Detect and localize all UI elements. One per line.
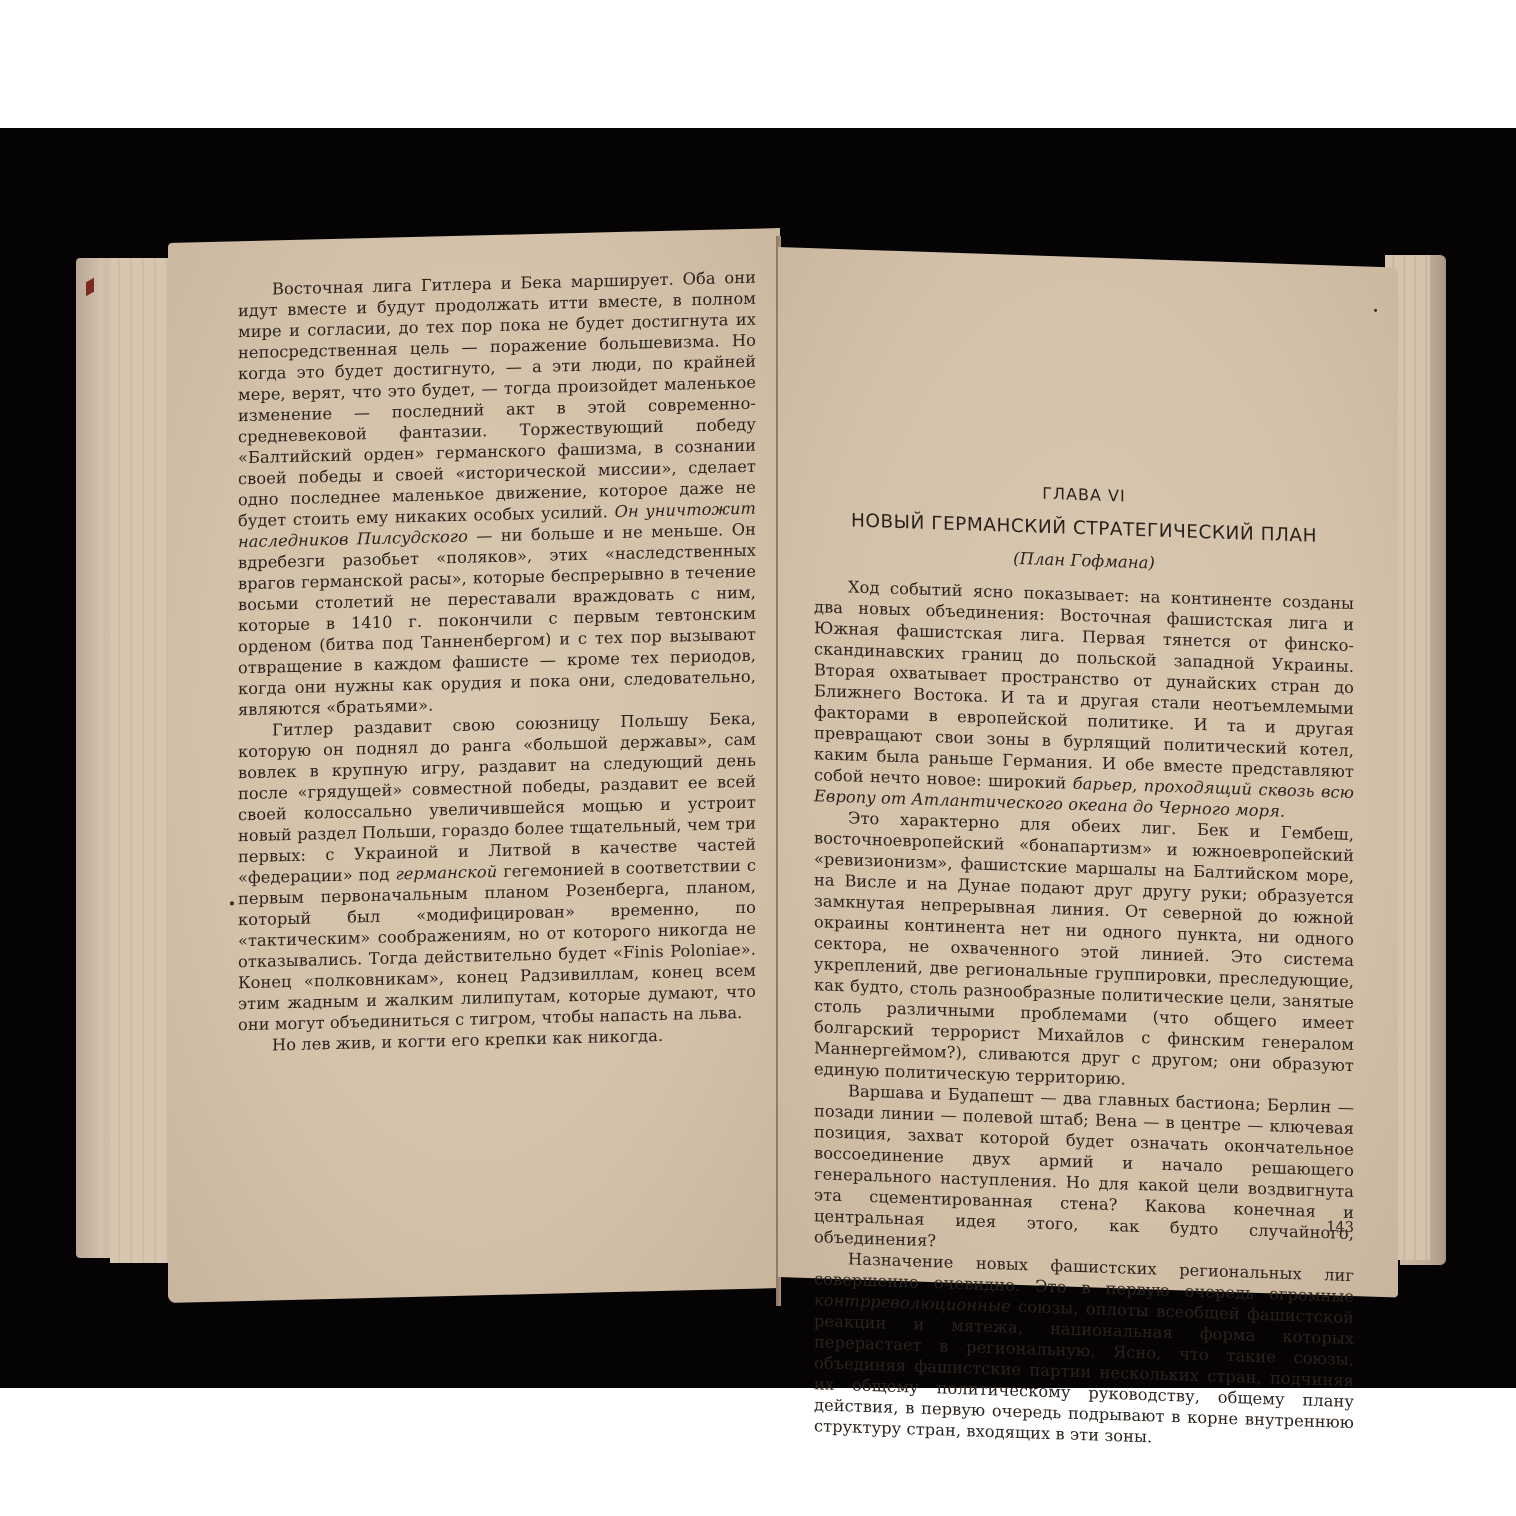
page-number: 143 bbox=[1326, 1219, 1354, 1236]
chapter-number: ГЛАВА VI bbox=[814, 476, 1354, 513]
left-page-body: Восточная лига Гитлера и Бека марширует.… bbox=[238, 267, 756, 1057]
paragraph: Назначение новых фашистских региональных… bbox=[814, 1247, 1354, 1454]
chapter-title: НОВЫЙ ГЕРМАНСКИЙ СТРАТЕГИЧЕСКИЙ ПЛАН bbox=[814, 509, 1354, 548]
chapter-subtitle: (План Гофмана) bbox=[814, 542, 1354, 579]
paragraph: Гитлер раздавит свою союзницу Польшу Бек… bbox=[238, 708, 756, 1036]
text-segment: Восточная лига Гитлера и Бека марширует.… bbox=[238, 268, 756, 531]
text-segment: союзы, оплоты всеобщей фашистской реакци… bbox=[814, 1297, 1354, 1447]
right-page-body: Ход событий ясно показывает: на континен… bbox=[814, 575, 1354, 1454]
paper-speck bbox=[230, 901, 234, 905]
paragraph: Восточная лига Гитлера и Бека марширует.… bbox=[238, 267, 756, 721]
paragraph: Ход событий ясно показывает: на континен… bbox=[814, 575, 1354, 824]
paragraph: Это характерно для обеих лиг. Бек и Гемб… bbox=[814, 806, 1354, 1097]
left-page: Восточная лига Гитлера и Бека марширует.… bbox=[168, 228, 780, 1303]
text-segment: — ни больше и не меньше. Он вдребезги ра… bbox=[238, 520, 756, 720]
text-segment: Варшава и Будапешт — два главных бастион… bbox=[814, 1081, 1354, 1250]
text-segment: Ход событий ясно показывает: на континен… bbox=[814, 577, 1354, 792]
italic-text-segment: германской bbox=[395, 862, 497, 883]
paper-speck bbox=[1374, 309, 1377, 312]
paragraph: Варшава и Будапешт — два главных бастион… bbox=[814, 1079, 1354, 1265]
right-page: ГЛАВА VI НОВЫЙ ГЕРМАНСКИЙ СТРАТЕГИЧЕСКИЙ… bbox=[778, 247, 1398, 1298]
text-segment: Это характерно для обеих лиг. Бек и Гемб… bbox=[814, 808, 1354, 1088]
page-block-left bbox=[110, 258, 170, 1263]
